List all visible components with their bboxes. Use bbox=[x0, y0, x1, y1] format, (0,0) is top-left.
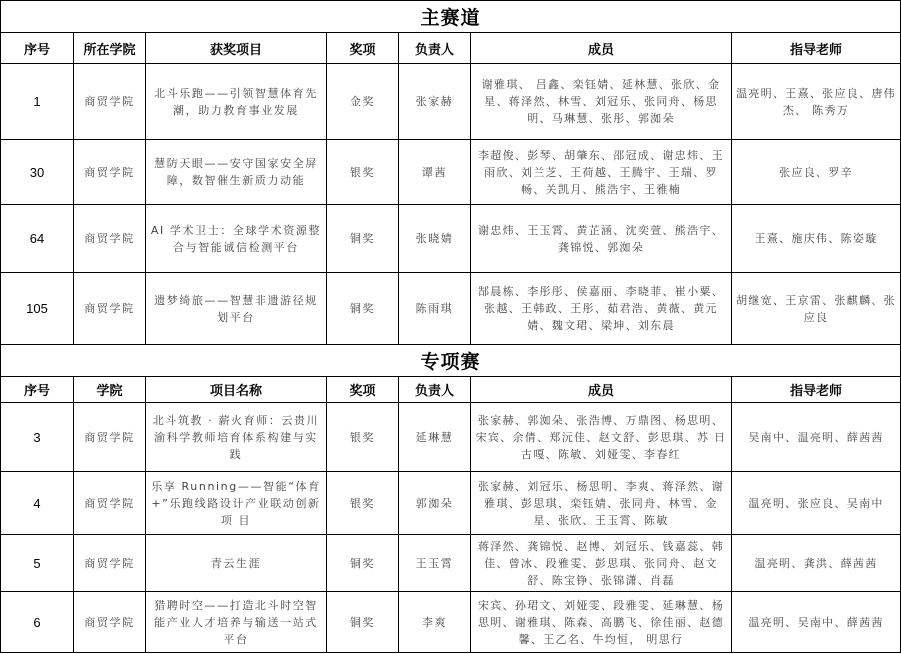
row-advisors: 吴南中、温亮明、薛茜茜 bbox=[732, 403, 901, 472]
row-award: 铜奖 bbox=[327, 205, 399, 273]
row-college: 商贸学院 bbox=[74, 472, 146, 535]
row-no: 30 bbox=[1, 140, 74, 205]
row-award: 银奖 bbox=[327, 472, 399, 535]
table-row: 4 商贸学院 乐享 Running——智能“体育+”乐跑线路设计产业联动创新项 … bbox=[1, 472, 901, 535]
row-leader: 谭茜 bbox=[399, 140, 471, 205]
row-no: 3 bbox=[1, 403, 74, 472]
header-leader: 负责人 bbox=[399, 377, 471, 403]
row-members: 张家赫、刘冠乐、杨思明、李爽、蒋泽然、谢雅琪、彭思琪、栾钰婧、张同舟、林雪、金星… bbox=[471, 472, 732, 535]
row-no: 1 bbox=[1, 64, 74, 140]
row-advisors: 王熹、施庆伟、陈姿璇 bbox=[732, 205, 901, 273]
row-no: 5 bbox=[1, 535, 74, 592]
table-row: 5 商贸学院 青云生涯 铜奖 王玉霄 蒋泽然、龚锦悦、赵博、刘冠乐、钱嘉蕊、韩佳… bbox=[1, 535, 901, 592]
row-leader: 王玉霄 bbox=[399, 535, 471, 592]
row-award: 金奖 bbox=[327, 64, 399, 140]
row-award: 银奖 bbox=[327, 140, 399, 205]
row-members: 李超俊、彭琴、胡肇东、邵冠成、谢忠炜、王雨欣、刘兰芝、王荷越、王腾宇、王瑞、罗畅… bbox=[471, 140, 732, 205]
special-track-title: 专项赛 bbox=[1, 345, 901, 377]
header-no: 序号 bbox=[1, 377, 74, 403]
row-project: 慧防天眼——安守国家安全屏障，数智催生新质力动能 bbox=[146, 140, 327, 205]
row-college: 商贸学院 bbox=[74, 140, 146, 205]
row-college: 商贸学院 bbox=[74, 403, 146, 472]
row-project: 北斗筑教 · 薪火育师：云贵川渝科学教师培育体系构建与实践 bbox=[146, 403, 327, 472]
row-members: 宋宾、孙珺文、刘娅雯、段雅雯、延琳慧、杨思明、谢雅琪、陈森、高鹏飞、徐佳丽、赵德… bbox=[471, 592, 732, 653]
main-track-header-row: 序号 所在学院 获奖项目 奖项 负责人 成员 指导老师 bbox=[1, 33, 901, 64]
row-members: 谢雅琪、 吕鑫、栾钰婧、延林慧、张欣、金星、蒋泽然、林雪、刘冠乐、张同舟、杨思明… bbox=[471, 64, 732, 140]
row-no: 4 bbox=[1, 472, 74, 535]
row-award: 铜奖 bbox=[327, 273, 399, 345]
row-project: 青云生涯 bbox=[146, 535, 327, 592]
row-project: 乐享 Running——智能“体育+”乐跑线路设计产业联动创新项 目 bbox=[146, 472, 327, 535]
row-members: 蒋泽然、龚锦悦、赵博、刘冠乐、钱嘉蕊、韩佳、曾冰、段雅雯、彭思琪、张同舟、赵文舒… bbox=[471, 535, 732, 592]
row-project: 猎聘时空——打造北斗时空智能产业人才培养与输送一站式平台 bbox=[146, 592, 327, 653]
row-members: 郜晨栋、李彤彤、侯嘉丽、李晓菲、崔小粟、张越、王韩政、王彤、茹君浩、黄薇、黄元婧… bbox=[471, 273, 732, 345]
row-college: 商贸学院 bbox=[74, 273, 146, 345]
row-no: 105 bbox=[1, 273, 74, 345]
row-leader: 陈雨琪 bbox=[399, 273, 471, 345]
row-award: 铜奖 bbox=[327, 535, 399, 592]
row-members: 张家赫、郭洳朵、张浩博、万鼎图、杨思明、宋宾、余倩、郑沅佳、赵文舒、彭思琪、苏 … bbox=[471, 403, 732, 472]
row-leader: 李爽 bbox=[399, 592, 471, 653]
row-advisors: 胡继宽、王京雷、张麒麟、张应良 bbox=[732, 273, 901, 345]
row-advisors: 张应良、罗辛 bbox=[732, 140, 901, 205]
row-leader: 郭洳朵 bbox=[399, 472, 471, 535]
table-row: 30 商贸学院 慧防天眼——安守国家安全屏障，数智催生新质力动能 银奖 谭茜 李… bbox=[1, 140, 901, 205]
row-advisors: 温亮明、龚洪、薛茜茜 bbox=[732, 535, 901, 592]
main-track-title-row: 主赛道 bbox=[1, 1, 901, 33]
special-track-header-row: 序号 学院 项目名称 奖项 负责人 成员 指导老师 bbox=[1, 377, 901, 403]
header-college: 学院 bbox=[74, 377, 146, 403]
row-project: 北斗乐跑——引领智慧体育先潮，助力教育事业发展 bbox=[146, 64, 327, 140]
row-advisors: 温亮明、王熹、张应良、唐伟杰、 陈秀万 bbox=[732, 64, 901, 140]
row-no: 6 bbox=[1, 592, 74, 653]
header-no: 序号 bbox=[1, 33, 74, 64]
row-award: 银奖 bbox=[327, 403, 399, 472]
header-project: 项目名称 bbox=[146, 377, 327, 403]
row-award: 铜奖 bbox=[327, 592, 399, 653]
row-leader: 张晓婧 bbox=[399, 205, 471, 273]
row-college: 商贸学院 bbox=[74, 205, 146, 273]
row-college: 商贸学院 bbox=[74, 535, 146, 592]
row-members: 谢忠炜、王玉霄、黄芷涵、沈奕萱、熊浩宇、龚锦悦、郭洳朵 bbox=[471, 205, 732, 273]
row-project: 遗梦绮旅——智慧非遗游径规划平台 bbox=[146, 273, 327, 345]
row-advisors: 温亮明、张应良、吴南中 bbox=[732, 472, 901, 535]
awards-table: 主赛道 序号 所在学院 获奖项目 奖项 负责人 成员 指导老师 1 商贸学院 北… bbox=[0, 0, 901, 653]
special-track-title-row: 专项赛 bbox=[1, 345, 901, 377]
header-members: 成员 bbox=[471, 377, 732, 403]
header-members: 成员 bbox=[471, 33, 732, 64]
table-row: 1 商贸学院 北斗乐跑——引领智慧体育先潮，助力教育事业发展 金奖 张家赫 谢雅… bbox=[1, 64, 901, 140]
header-project: 获奖项目 bbox=[146, 33, 327, 64]
header-award: 奖项 bbox=[327, 377, 399, 403]
row-leader: 张家赫 bbox=[399, 64, 471, 140]
table-row: 6 商贸学院 猎聘时空——打造北斗时空智能产业人才培养与输送一站式平台 铜奖 李… bbox=[1, 592, 901, 653]
header-award: 奖项 bbox=[327, 33, 399, 64]
row-college: 商贸学院 bbox=[74, 592, 146, 653]
table-row: 105 商贸学院 遗梦绮旅——智慧非遗游径规划平台 铜奖 陈雨琪 郜晨栋、李彤彤… bbox=[1, 273, 901, 345]
header-advisors: 指导老师 bbox=[732, 377, 901, 403]
row-college: 商贸学院 bbox=[74, 64, 146, 140]
header-college: 所在学院 bbox=[74, 33, 146, 64]
table-row: 64 商贸学院 AI 学术卫士：全球学术资源整合与智能诚信检测平台 铜奖 张晓婧… bbox=[1, 205, 901, 273]
row-advisors: 温亮明、吴南中、薛茜茜 bbox=[732, 592, 901, 653]
row-no: 64 bbox=[1, 205, 74, 273]
table-row: 3 商贸学院 北斗筑教 · 薪火育师：云贵川渝科学教师培育体系构建与实践 银奖 … bbox=[1, 403, 901, 472]
row-project: AI 学术卫士：全球学术资源整合与智能诚信检测平台 bbox=[146, 205, 327, 273]
header-leader: 负责人 bbox=[399, 33, 471, 64]
main-track-title: 主赛道 bbox=[1, 1, 901, 33]
row-leader: 延琳慧 bbox=[399, 403, 471, 472]
header-advisors: 指导老师 bbox=[732, 33, 901, 64]
